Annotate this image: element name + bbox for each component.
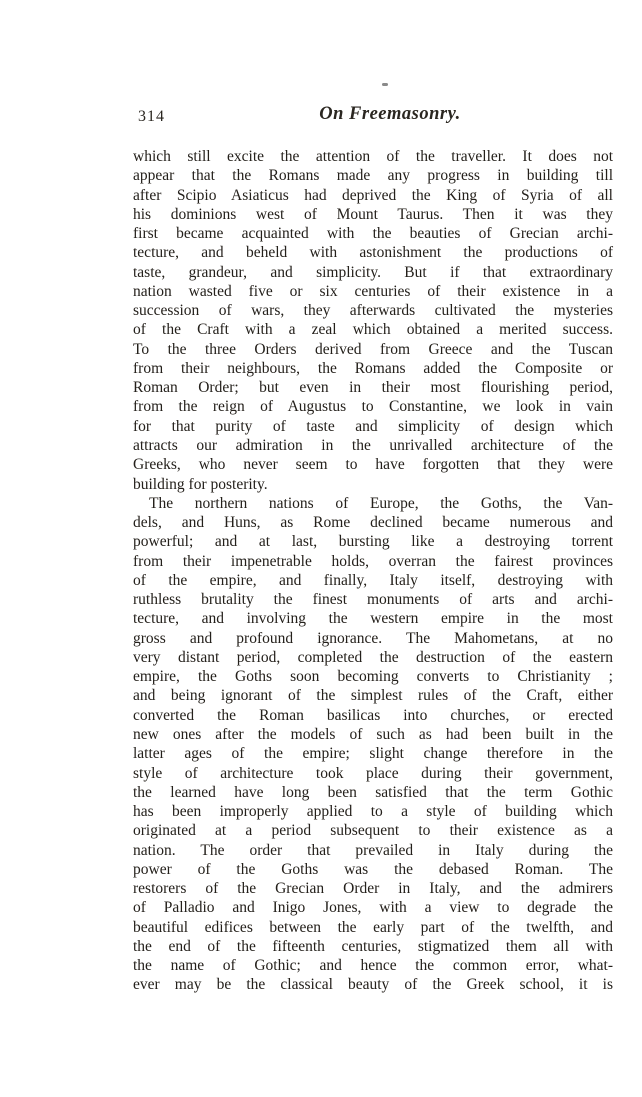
text-line: the end of the fifteenth centuries, stig…: [133, 937, 613, 956]
text-line: Roman Order; but even in their most flou…: [133, 378, 613, 397]
text-line: empire, the Goths soon becoming converts…: [133, 667, 613, 686]
text-line: style of architecture took place during …: [133, 764, 613, 783]
text-line: from the reign of Augustus to Constantin…: [133, 397, 613, 416]
text-line: which still excite the attention of the …: [133, 147, 613, 166]
text-line: has been improperly applied to a style o…: [133, 802, 613, 821]
text-line: of Palladio and Inigo Jones, with a view…: [133, 898, 613, 917]
text-line: tecture, and beheld with astonishment th…: [133, 243, 613, 262]
text-line: ever may be the classical beauty of the …: [133, 975, 613, 994]
text-line: beautiful edifices between the early par…: [133, 918, 613, 937]
text-line: dels, and Huns, as Rome declined became …: [133, 513, 613, 532]
text-line: and being ignorant of the simplest rules…: [133, 686, 613, 705]
text-line: building for posterity.: [133, 475, 613, 494]
text-line: nation. The order that prevailed in Ital…: [133, 841, 613, 860]
text-line: nation wasted five or six centuries of t…: [133, 282, 613, 301]
text-line: his dominions west of Mount Taurus. Then…: [133, 205, 613, 224]
text-line: the name of Gothic; and hence the common…: [133, 956, 613, 975]
text-line: power of the Goths was the debased Roman…: [133, 860, 613, 879]
text-line: very distant period, completed the destr…: [133, 648, 613, 667]
page-text: which still excite the attention of the …: [133, 147, 613, 995]
text-line: taste, grandeur, and simplicity. But if …: [133, 263, 613, 282]
text-line: of the empire, and finally, Italy itself…: [133, 571, 613, 590]
running-title: On Freemasonry.: [150, 104, 630, 125]
text-line: powerful; and at last, bursting like a d…: [133, 532, 613, 551]
book-page: 314 On Freemasonry. which still excite t…: [0, 0, 642, 1097]
text-line: Greeks, who never seem to have forgotten…: [133, 455, 613, 474]
text-line: The northern nations of Europe, the Goth…: [133, 494, 613, 513]
text-line: originated at a period subsequent to the…: [133, 821, 613, 840]
text-line: latter ages of the empire; slight change…: [133, 744, 613, 763]
text-line: from their impenetrable holds, overran t…: [133, 552, 613, 571]
text-line: for that purity of taste and simplicity …: [133, 417, 613, 436]
text-line: ruthless brutality the finest monuments …: [133, 590, 613, 609]
text-line: after Scipio Asiaticus had deprived the …: [133, 186, 613, 205]
scan-artifact-speck: [382, 83, 388, 86]
text-line: tecture, and involving the western empir…: [133, 609, 613, 628]
text-line: new ones after the models of such as had…: [133, 725, 613, 744]
text-line: restorers of the Grecian Order in Italy,…: [133, 879, 613, 898]
text-line: attracts our admiration in the unrivalle…: [133, 436, 613, 455]
text-line: first became acquainted with the beautie…: [133, 224, 613, 243]
text-line: of the Craft with a zeal which obtained …: [133, 320, 613, 339]
text-line: appear that the Romans made any progress…: [133, 166, 613, 185]
text-line: To the three Orders derived from Greece …: [133, 340, 613, 359]
text-line: from their neighbours, the Romans added …: [133, 359, 613, 378]
text-line: converted the Roman basilicas into churc…: [133, 706, 613, 725]
text-line: gross and profound ignorance. The Mahome…: [133, 629, 613, 648]
text-line: the learned have long been satisfied tha…: [133, 783, 613, 802]
text-line: succession of wars, they afterwards cult…: [133, 301, 613, 320]
